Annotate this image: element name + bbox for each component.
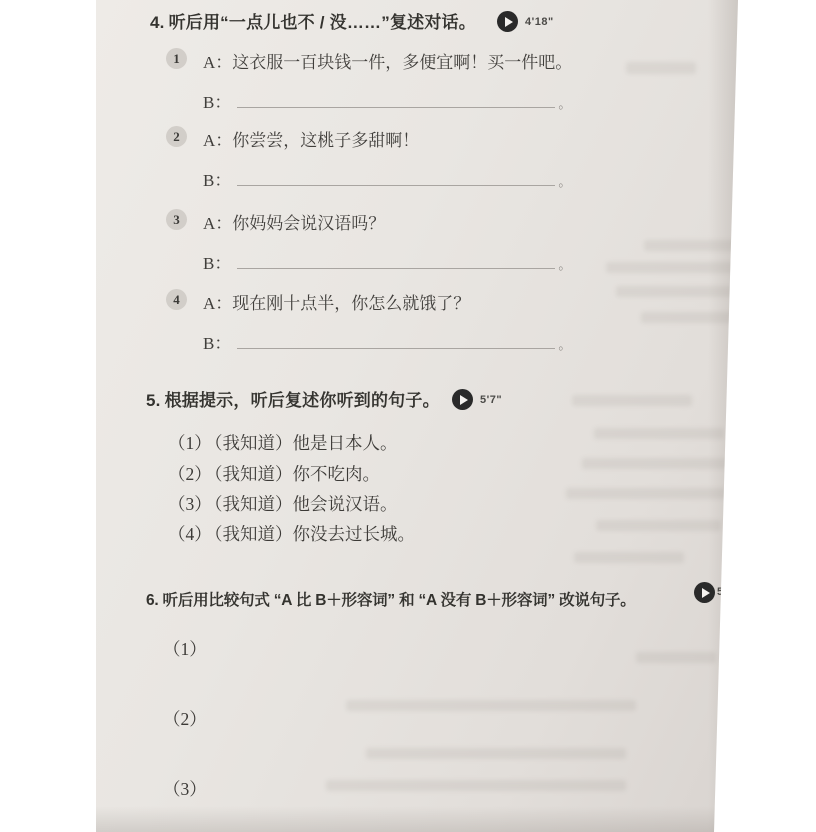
item-number-badge: 4 [166,289,187,310]
speaker-a-label: A： [203,214,232,233]
speaker-b-label: B： [203,334,231,353]
sentence-item: （1）（我知道）他是日本人。 [168,430,398,455]
workbook-page: 4.听后用“一点儿也不 / 没……”复述对话。 4'18" 1 A：这衣服一百块… [96,0,738,832]
bleed-through-text [366,748,626,759]
item-text: （我知道）他是日本人。 [214,433,398,453]
speaker-a-text: 你妈妈会说汉语吗？ [232,214,385,233]
audio-duration: 4'18" [525,16,554,28]
speaker-a-label: A： [203,294,232,313]
exercise-5-header: 5.根据提示，听后复述你听到的句子。 [146,386,440,411]
bleed-through-text [641,312,736,323]
exercise-title: 听后用“一点儿也不 / 没……”复述对话。 [169,13,476,32]
blank-period: 。 [558,337,571,352]
speaker-a-text: 这衣服一百块钱一件，多便宜啊！买一件吧。 [232,53,572,72]
item-label: （1） [168,433,212,453]
speaker-b-label: B： [203,254,231,273]
speaker-b-line: B：。 [203,329,666,354]
item-label: （4） [168,524,212,544]
answer-blank [237,255,555,269]
speaker-a-text: 现在刚十点半，你怎么就饿了？ [232,294,470,313]
item-number-badge: 1 [166,48,187,69]
speaker-b-label: B： [203,171,231,190]
item-text: （我知道）他会说汉语。 [214,494,398,514]
exercise-number: 4. [150,13,165,32]
exercise-title: 根据提示，听后复述你听到的句子。 [165,391,440,410]
exercise-number: 5. [146,391,161,410]
speaker-b-line: B：。 [203,166,666,191]
speaker-a-line: A：你妈妈会说汉语吗？ [203,209,666,234]
bleed-through-text [326,780,626,791]
play-icon [694,582,715,603]
bleed-through-text [606,262,736,273]
sentence-item: （4）（我知道）你没去过长城。 [168,521,415,546]
bleed-through-text [626,62,696,74]
speaker-a-line: A：你尝尝，这桃子多甜啊！ [203,126,666,151]
dialog-item: 3 A：你妈妈会说汉语吗？ B：。 [166,209,666,274]
blank-period: 。 [558,96,571,111]
item-label: （2） [163,709,207,729]
answer-blank [237,335,555,349]
exercise-6-header: 6.听后用比较句式 “A 比 B＋形容词” 和 “A 没有 B＋形容词” 改说句… [146,588,636,610]
exercise-number: 6. [146,592,159,609]
sentence-item: （2）（我知道）你不吃肉。 [168,461,380,486]
bleed-through-text [594,428,724,439]
item-label: （3） [163,779,207,799]
bleed-through-text [596,520,721,531]
speaker-a-line: A：现在刚十点半，你怎么就饿了？ [203,289,666,314]
dialog-item: 4 A：现在刚十点半，你怎么就饿了？ B：。 [166,289,666,354]
item-label: （3） [168,494,212,514]
item-number-badge: 3 [166,209,187,230]
play-triangle-icon [505,17,513,27]
speaker-b-line: B：。 [203,249,666,274]
exercise-title: 听后用比较句式 “A 比 B＋形容词” 和 “A 没有 B＋形容词” 改说句子。 [163,592,636,609]
bleed-through-text [636,652,716,663]
numbered-item: （1） [163,636,207,661]
play-triangle-icon [702,588,710,598]
dialog-item: 2 A：你尝尝，这桃子多甜啊！ B：。 [166,126,666,191]
bleed-through-text [574,552,684,563]
photo-canvas: 4.听后用“一点儿也不 / 没……”复述对话。 4'18" 1 A：这衣服一百块… [0,0,816,832]
blank-period: 。 [558,257,571,272]
item-text: （我知道）你不吃肉。 [214,464,380,484]
numbered-item: （3） [163,776,207,801]
blank-period: 。 [558,174,571,189]
speaker-b-label: B： [203,93,231,112]
speaker-a-label: A： [203,131,232,150]
item-text: （我知道）你没去过长城。 [214,524,415,544]
item-label: （1） [163,639,207,659]
answer-blank [237,94,555,108]
play-icon [497,11,518,32]
bleed-through-text [566,488,726,499]
bleed-through-text [582,458,727,469]
speaker-a-text: 你尝尝，这桃子多甜啊！ [232,131,419,150]
bleed-through-text [616,286,736,297]
exercise-4-header: 4.听后用“一点儿也不 / 没……”复述对话。 [150,8,476,33]
speaker-b-line: B：。 [203,88,666,113]
bleed-through-text [346,700,636,711]
bleed-through-text [644,240,754,251]
speaker-a-label: A： [203,53,232,72]
play-icon [452,389,473,410]
bleed-through-text [572,395,692,406]
speaker-a-line: A：这衣服一百块钱一件，多便宜啊！买一件吧。 [203,48,666,73]
answer-blank [237,172,555,186]
play-triangle-icon [460,395,468,405]
dialog-item: 1 A：这衣服一百块钱一件，多便宜啊！买一件吧。 B：。 [166,48,666,113]
audio-duration: 5'7" [480,394,502,406]
audio-duration: 5'42" [717,586,746,598]
numbered-item: （2） [163,706,207,731]
item-number-badge: 2 [166,126,187,147]
item-label: （2） [168,464,212,484]
sentence-item: （3）（我知道）他会说汉语。 [168,491,398,516]
